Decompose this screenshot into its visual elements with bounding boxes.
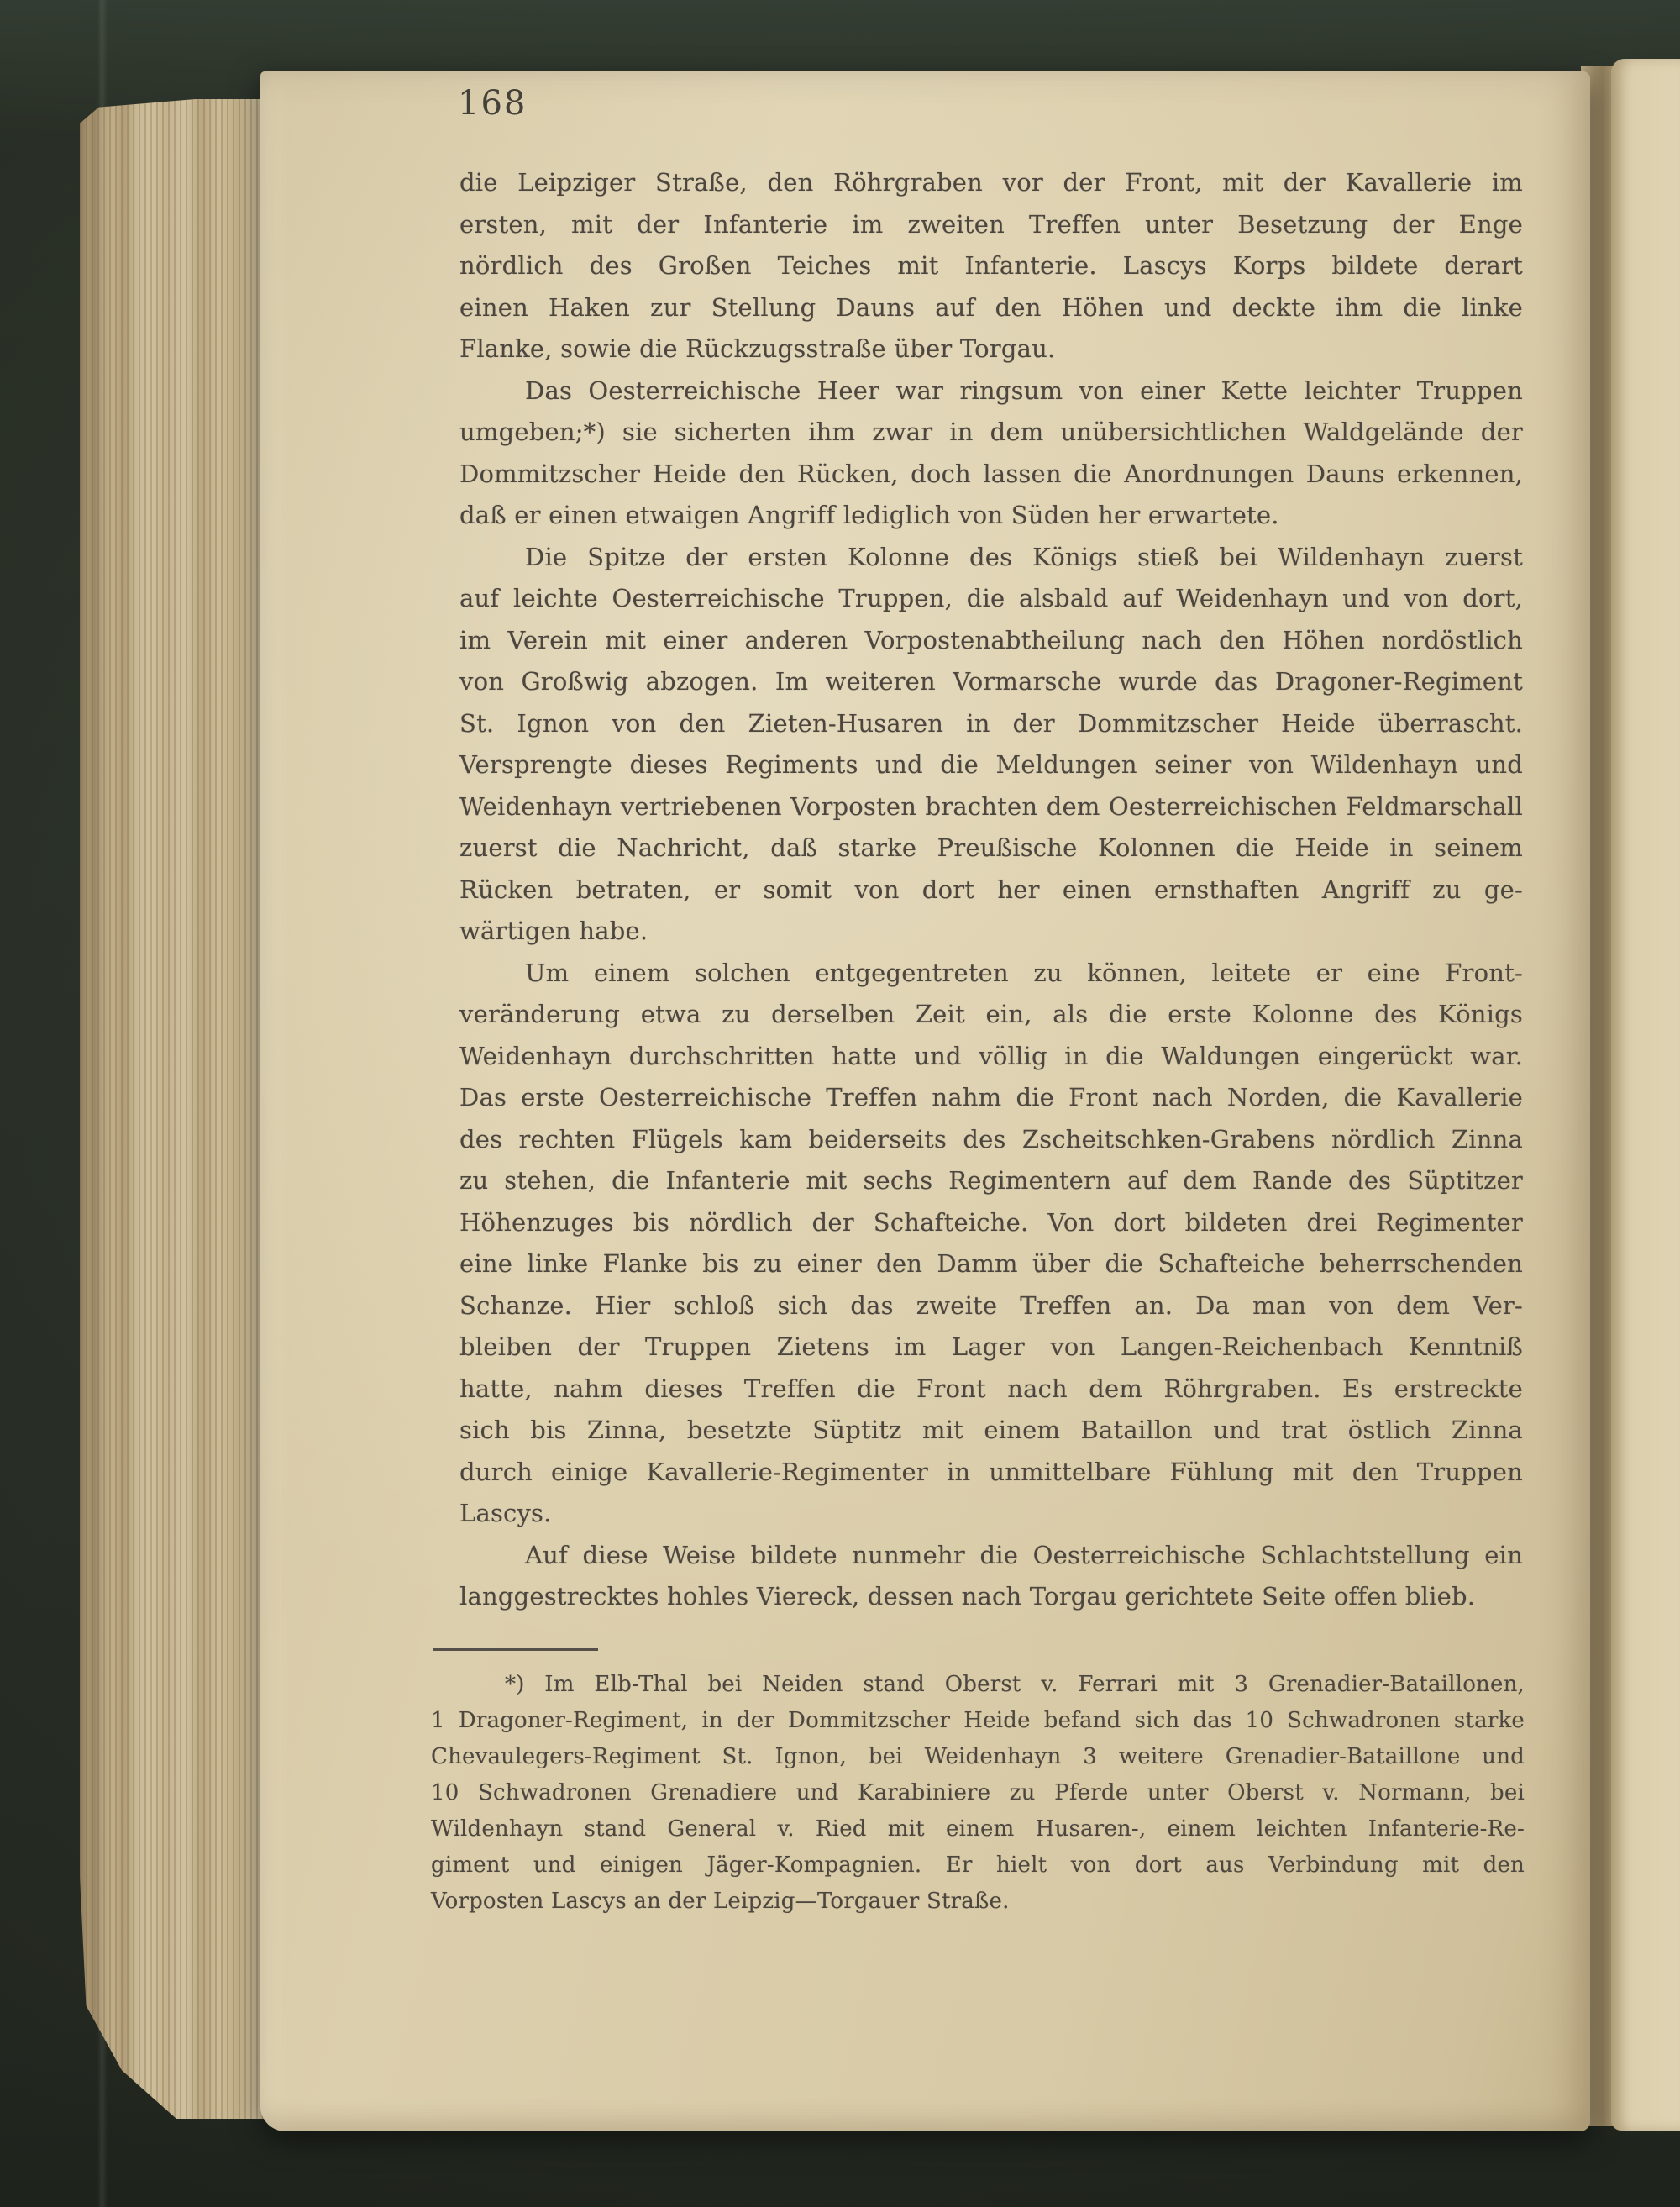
footnote-rule — [433, 1648, 598, 1651]
body-line: die Leipziger Straße, den Röhrgraben vor… — [459, 162, 1523, 204]
body-line: Flanke, sowie die Rückzugsstraße über To… — [459, 328, 1523, 370]
page-number: 168 — [458, 85, 527, 122]
body-line: Rücken betraten, er somit von dort her e… — [459, 870, 1523, 912]
footnote-line: giment und einigen Jäger-Kompagnien. Er … — [431, 1847, 1525, 1884]
body-line: wärtigen habe. — [459, 911, 1523, 953]
footnote-line: 10 Schwadronen Grenadiere und Karabinier… — [431, 1775, 1525, 1811]
body-line: bleiben der Truppen Zietens im Lager von… — [459, 1327, 1523, 1369]
page-edges-stack — [80, 99, 290, 2119]
body-line: zuerst die Nachricht, daß starke Preußis… — [459, 828, 1523, 870]
footnote-text: *) Im Elb-Thal bei Neiden stand Oberst v… — [431, 1667, 1525, 1920]
body-line: sich bis Zinna, besetzte Süptitz mit ein… — [459, 1410, 1523, 1452]
body-line: eine linke Flanke bis zu einer den Damm … — [459, 1243, 1523, 1285]
body-line: einen Haken zur Stellung Dauns auf den H… — [459, 287, 1523, 329]
footnote-line: Wildenhayn stand General v. Ried mit ein… — [431, 1811, 1525, 1847]
body-line: Weidenhayn durchschritten hatte und völl… — [459, 1036, 1523, 1078]
body-line: Das erste Oesterreichische Treffen nahm … — [459, 1077, 1523, 1119]
body-line: des rechten Flügels kam beiderseits des … — [459, 1119, 1523, 1161]
facing-page-sliver — [1611, 59, 1680, 2131]
body-line: nördlich des Großen Teiches mit Infanter… — [459, 245, 1523, 287]
body-line: im Verein mit einer anderen Vorpostenabt… — [459, 620, 1523, 662]
footnote-line: Chevaulegers-Regiment St. Ignon, bei Wei… — [431, 1739, 1525, 1775]
body-line: Die Spitze der ersten Kolonne des Königs… — [459, 537, 1523, 579]
body-line: von Großwig abzogen. Im weiteren Vormars… — [459, 661, 1523, 703]
body-line: auf leichte Oesterreichische Truppen, di… — [459, 578, 1523, 620]
body-line: zu stehen, die Infanterie mit sechs Regi… — [459, 1160, 1523, 1202]
book-page: 168 die Leipziger Straße, den Röhrgraben… — [260, 71, 1590, 2131]
body-line: Versprengte dieses Regiments und die Mel… — [459, 744, 1523, 786]
body-line: langgestrecktes hohles Viereck, dessen n… — [459, 1576, 1523, 1618]
body-line: umgeben;*) sie sicherten ihm zwar in dem… — [459, 412, 1523, 454]
body-line: veränderung etwa zu derselben Zeit ein, … — [459, 994, 1523, 1036]
body-line: Lascys. — [459, 1493, 1523, 1535]
body-line: Um einem solchen entgegentreten zu könne… — [459, 953, 1523, 995]
body-line: Das Oesterreichische Heer war ringsum vo… — [459, 370, 1523, 412]
body-line: Weidenhayn vertriebenen Vorposten bracht… — [459, 786, 1523, 828]
body-line: St. Ignon von den Zieten-Husaren in der … — [459, 703, 1523, 745]
body-line: Auf diese Weise bildete nunmehr die Oest… — [459, 1535, 1523, 1577]
body-line: ersten, mit der Infanterie im zweiten Tr… — [459, 204, 1523, 246]
body-line: Schanze. Hier schloß sich das zweite Tre… — [459, 1285, 1523, 1327]
footnote-line: Vorposten Lascys an der Leipzig—Torgauer… — [431, 1884, 1525, 1920]
body-line: durch einige Kavallerie-Regimenter in un… — [459, 1452, 1523, 1494]
body-line: Dommitzscher Heide den Rücken, doch lass… — [459, 454, 1523, 496]
body-text: die Leipziger Straße, den Röhrgraben vor… — [459, 162, 1523, 1618]
footnote-line: *) Im Elb-Thal bei Neiden stand Oberst v… — [431, 1667, 1525, 1703]
body-line: hatte, nahm dieses Treffen die Front nac… — [459, 1369, 1523, 1411]
body-line: Höhenzuges bis nördlich der Schafteiche.… — [459, 1202, 1523, 1244]
body-line: daß er einen etwaigen Angriff lediglich … — [459, 495, 1523, 537]
book-scan-scene: 168 die Leipziger Straße, den Röhrgraben… — [0, 0, 1680, 2207]
footnote-line: 1 Dragoner-Regiment, in der Dommitzscher… — [431, 1703, 1525, 1739]
